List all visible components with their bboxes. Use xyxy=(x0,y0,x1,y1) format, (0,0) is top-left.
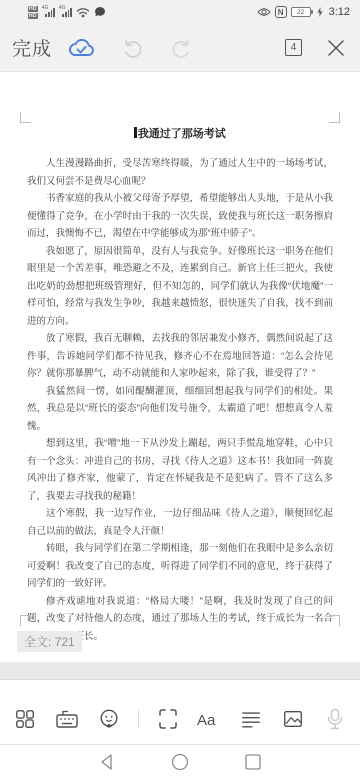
insert-image-icon[interactable] xyxy=(280,706,306,732)
undo-icon[interactable] xyxy=(122,38,144,58)
text-cursor xyxy=(134,127,137,138)
message-bubble-icon xyxy=(94,6,106,18)
document-paragraph[interactable]: 人生漫漫路曲折，受尽苦寒终得暖，为了通过人生中的一场场考试，我们又何尝不是费尽心… xyxy=(27,155,333,190)
canvas-gap xyxy=(0,662,360,679)
status-bar: HD HD 4G 4G N 22 xyxy=(0,0,360,24)
close-icon[interactable] xyxy=(326,38,346,58)
hd-icon-sim1: HD xyxy=(28,6,38,12)
android-nav-bar xyxy=(0,745,360,779)
eye-comfort-icon xyxy=(257,7,271,17)
bottom-toolbar: Aa xyxy=(0,680,360,744)
nav-recents-icon[interactable] xyxy=(244,753,262,771)
document-paragraph[interactable]: 我猛然间一愣，如同醍醐灌顶，细细回想起我与同学们的相处。果然，我总是以“班长的姿… xyxy=(27,383,333,436)
document-paragraph[interactable]: 书香家庭的我从小被父母寄予厚望，希望能够出人头地，于是从小我便懂得了竞争，在小学… xyxy=(27,190,333,243)
microphone-icon[interactable] xyxy=(322,706,348,732)
margin-mark-top-left xyxy=(20,112,31,123)
wifi-icon xyxy=(76,6,90,18)
margin-mark-bottom-left xyxy=(20,615,31,626)
paragraph-format-icon[interactable] xyxy=(238,706,264,732)
battery-percent: 22 xyxy=(291,7,311,17)
signal-icon-sim2: 4G xyxy=(59,6,72,18)
signal-icon-sim1: 4G xyxy=(42,6,55,18)
document-paragraph[interactable]: 这个寒假，我一边写作业，一边仔细品味《待人之道》，顺便回忆起自己以前的做法，真是… xyxy=(27,505,333,540)
cloud-sync-icon[interactable] xyxy=(66,36,96,60)
document-title[interactable]: 我通过了那场考试 xyxy=(27,125,333,143)
done-button[interactable]: 完成 xyxy=(12,34,52,61)
document-paragraph[interactable]: 想到这里，我“噌”地一下从沙发上蹦起，两只手慌乱地穿鞋，心中只有一个念头：冲进自… xyxy=(27,435,333,505)
clock-time: 3:12 xyxy=(329,6,350,18)
hd-volte-icons: HD HD xyxy=(28,6,38,19)
document-body[interactable]: 我通过了那场考试 人生漫漫路曲折，受尽苦寒终得暖，为了通过人生中的一场场考试，我… xyxy=(0,72,360,645)
margin-mark-top-right xyxy=(329,112,340,123)
keyboard-icon[interactable] xyxy=(54,706,80,732)
page-count-button[interactable]: 4 xyxy=(285,39,302,56)
redo-icon[interactable] xyxy=(170,38,192,58)
font-format-icon[interactable]: Aa xyxy=(196,706,222,732)
tools-grid-icon[interactable] xyxy=(12,706,38,732)
editor-toolbar: 完成 4 xyxy=(0,24,360,72)
emoji-sticker-icon[interactable] xyxy=(96,706,122,732)
charging-bolt-icon xyxy=(317,7,323,17)
document-paragraph[interactable]: 转眼，我与同学们在第二学期相逢，那一刻他们在我眼中是多么亲切可爱啊！我改变了自己… xyxy=(27,540,333,593)
document-paragraph[interactable]: 我如愿了，原因很简单，没有人与我竞争。好像班长这一职务在他们眼里是一个苦差事，唯… xyxy=(27,243,333,331)
margin-mark-bottom-right xyxy=(329,615,340,626)
nav-back-icon[interactable] xyxy=(98,753,116,771)
hd-icon-sim2: HD xyxy=(28,13,38,19)
document-page[interactable]: 我通过了那场考试 人生漫漫路曲折，受尽苦寒终得暖，为了通过人生中的一场场考试，我… xyxy=(0,72,360,662)
nfc-icon: N xyxy=(275,6,287,18)
document-paragraph[interactable]: 放了寒假，我百无聊赖，去找我的邻居兼发小修齐，偶然间说起了这件事，告诉她同学们都… xyxy=(27,330,333,383)
word-count-badge: 全文: 721 xyxy=(17,631,82,652)
toolbar-separator xyxy=(138,710,139,728)
app-screen: HD HD 4G 4G N 22 xyxy=(0,0,360,780)
svg-text:Aa: Aa xyxy=(197,712,216,729)
page-layout-icon[interactable] xyxy=(155,706,181,732)
nav-home-icon[interactable] xyxy=(171,753,189,771)
battery-icon: 22 xyxy=(291,7,313,17)
